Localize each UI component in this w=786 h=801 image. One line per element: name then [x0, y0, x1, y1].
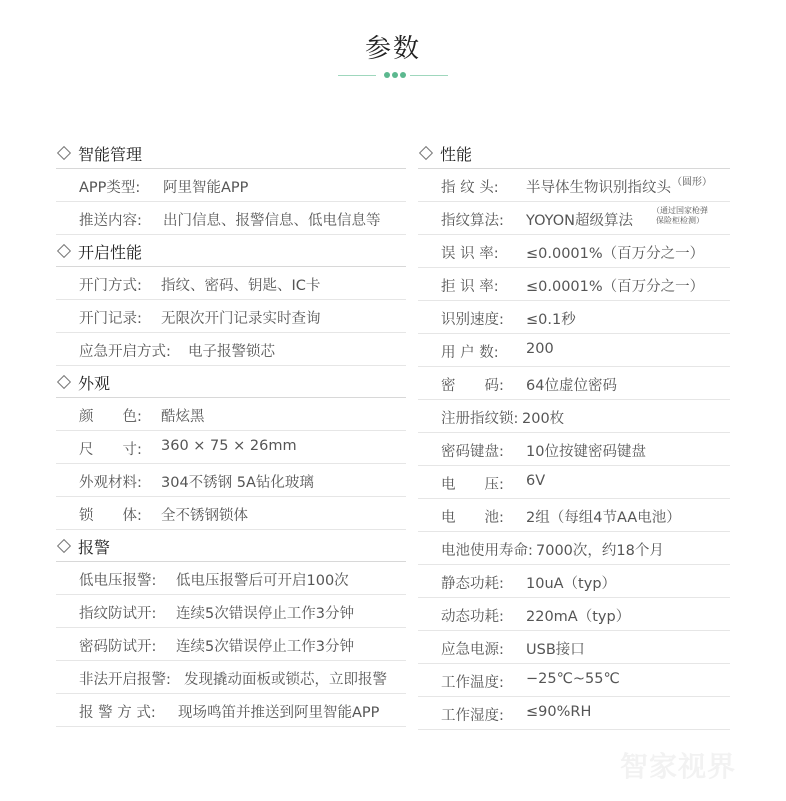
spec-key: 外观材料:	[79, 471, 142, 492]
spec-value: 连续5次错误停止工作3分钟	[176, 602, 354, 623]
spec-row: 报 警 方 式:现场鸣笛并推送到阿里智能APP	[56, 694, 406, 727]
section-title: 外观	[78, 371, 110, 394]
spec-value: 出门信息、报警信息、低电信息等	[163, 209, 381, 230]
spec-key: 应急电源:	[441, 638, 504, 659]
divider-line-right	[410, 75, 448, 76]
spec-value: 10位按键密码键盘	[526, 440, 646, 461]
spec-value: 全不锈钢锁体	[161, 504, 248, 525]
spec-row: 注册指纹锁:200枚	[418, 400, 730, 433]
spec-value: 304不锈钢 5A钻化玻璃	[161, 471, 314, 492]
spec-row: 工作温度:−25℃~55℃	[418, 664, 730, 697]
spec-row: 密码键盘:10位按键密码键盘	[418, 433, 730, 466]
spec-row: 推送内容:出门信息、报警信息、低电信息等	[56, 202, 406, 235]
spec-value: 64位虚位密码	[526, 374, 617, 395]
page-title: 参数	[0, 28, 786, 65]
spec-row: 应急开启方式:电子报警锁芯	[56, 333, 406, 366]
section-title: 开启性能	[78, 240, 142, 263]
spec-value: 低电压报警后可开启100次	[176, 569, 349, 590]
spec-row: 静态功耗:10uA（typ）	[418, 565, 730, 598]
spec-value: 360 × 75 × 26mm	[161, 438, 297, 454]
spec-row: 开门方式:指纹、密码、钥匙、IC卡	[56, 267, 406, 300]
section-header-smart-management: 智能管理	[56, 137, 406, 169]
spec-key: 静态功耗:	[441, 572, 504, 593]
spec-value: 现场鸣笛并推送到阿里智能APP	[178, 701, 379, 722]
left-column: 智能管理 APP类型:阿里智能APP 推送内容:出门信息、报警信息、低电信息等 …	[56, 137, 406, 727]
spec-row: APP类型:阿里智能APP	[56, 169, 406, 202]
spec-value: 酷炫黑	[161, 405, 205, 426]
spec-row: 指纹防试开:连续5次错误停止工作3分钟	[56, 595, 406, 628]
spec-key: 指纹防试开:	[79, 602, 156, 623]
spec-key: APP类型:	[79, 176, 140, 197]
spec-value: 连续5次错误停止工作3分钟	[176, 635, 354, 656]
spec-value: 200	[526, 341, 554, 357]
diamond-icon	[57, 244, 71, 258]
spec-key: 拒 识 率:	[441, 275, 499, 296]
spec-note: （圆形）	[672, 178, 712, 188]
spec-key: 识别速度:	[441, 308, 504, 329]
spec-row: 密 码:64位虚位密码	[418, 367, 730, 400]
section-header-opening: 开启性能	[56, 235, 406, 267]
spec-value: 指纹、密码、钥匙、IC卡	[161, 274, 320, 295]
spec-key: 指纹算法:	[441, 209, 504, 230]
spec-row: 尺 寸:360 × 75 × 26mm	[56, 431, 406, 464]
spec-value: −25℃~55℃	[526, 671, 620, 687]
spec-key: 开门方式:	[79, 274, 142, 295]
diamond-icon	[57, 146, 71, 160]
spec-key: 报 警 方 式:	[79, 701, 156, 722]
spec-key: 密码键盘:	[441, 440, 504, 461]
spec-value: 发现撬动面板或锁芯，立即报警	[184, 668, 387, 689]
diamond-icon	[57, 375, 71, 389]
spec-key: 指 纹 头:	[441, 176, 499, 197]
spec-key: 推送内容:	[79, 209, 142, 230]
spec-key: 密码防试开:	[79, 635, 156, 656]
spec-key: 颜 色:	[79, 405, 142, 426]
spec-row: 指纹算法: YOYON超级算法 （通过国家枪弹 保险柜检测）	[418, 202, 730, 235]
spec-row: 电 池:2组（每组4节AA电池）	[418, 499, 730, 532]
spec-row: 电池使用寿命:7000次，约18个月	[418, 532, 730, 565]
spec-key: 用 户 数:	[441, 341, 499, 362]
spec-note: （通过国家枪弹 保险柜检测）	[652, 206, 708, 226]
spec-key: 工作湿度:	[441, 704, 504, 725]
spec-value: 200枚	[522, 407, 564, 428]
spec-row: 应急电源:USB接口	[418, 631, 730, 664]
spec-row: 锁 体:全不锈钢锁体	[56, 497, 406, 530]
spec-row: 外观材料:304不锈钢 5A钻化玻璃	[56, 464, 406, 497]
spec-row: 密码防试开:连续5次错误停止工作3分钟	[56, 628, 406, 661]
diamond-icon	[419, 146, 433, 160]
spec-value: 220mA（typ）	[526, 605, 630, 626]
spec-value: 7000次，约18个月	[536, 539, 664, 560]
spec-row: 工作湿度:≤90%RH	[418, 697, 730, 730]
section-header-performance: 性能	[418, 137, 730, 169]
spec-key: 密 码:	[441, 374, 504, 395]
section-title: 性能	[440, 142, 472, 165]
spec-row: 用 户 数:200	[418, 334, 730, 367]
spec-key: 应急开启方式:	[79, 340, 171, 361]
spec-key: 电 池:	[441, 506, 504, 527]
spec-value: ≤0.0001%（百万分之一）	[526, 275, 704, 296]
spec-row: 动态功耗:220mA（typ）	[418, 598, 730, 631]
spec-value: ≤0.0001%（百万分之一）	[526, 242, 704, 263]
spec-key: 电池使用寿命:	[441, 539, 533, 560]
spec-row: 低电压报警:低电压报警后可开启100次	[56, 562, 406, 595]
spec-key: 电 压:	[441, 473, 504, 494]
spec-value: 半导体生物识别指纹头	[526, 176, 671, 197]
spec-value: 10uA（typ）	[526, 572, 616, 593]
spec-row: 颜 色:酷炫黑	[56, 398, 406, 431]
spec-key: 开门记录:	[79, 307, 142, 328]
divider-line-left	[338, 75, 376, 76]
spec-key: 非法开启报警:	[79, 668, 171, 689]
spec-value: ≤0.1秒	[526, 308, 576, 329]
dots-icon	[384, 72, 404, 78]
spec-row: 电 压:6V	[418, 466, 730, 499]
spec-value: 阿里智能APP	[163, 176, 248, 197]
spec-key: 误 识 率:	[441, 242, 499, 263]
spec-row: 误 识 率:≤0.0001%（百万分之一）	[418, 235, 730, 268]
spec-key: 尺 寸:	[79, 438, 142, 459]
spec-key: 低电压报警:	[79, 569, 156, 590]
spec-key: 注册指纹锁:	[441, 407, 518, 428]
spec-value: 6V	[526, 473, 545, 489]
spec-row: 非法开启报警:发现撬动面板或锁芯，立即报警	[56, 661, 406, 694]
spec-value: 无限次开门记录实时查询	[161, 307, 321, 328]
spec-key: 锁 体:	[79, 504, 142, 525]
spec-row: 开门记录:无限次开门记录实时查询	[56, 300, 406, 333]
spec-row: 识别速度:≤0.1秒	[418, 301, 730, 334]
section-header-alarm: 报警	[56, 530, 406, 562]
spec-value: 2组（每组4节AA电池）	[526, 506, 681, 527]
spec-value: USB接口	[526, 638, 585, 659]
spec-value: ≤90%RH	[526, 704, 591, 720]
spec-value: YOYON超级算法	[526, 209, 633, 230]
spec-row: 拒 识 率:≤0.0001%（百万分之一）	[418, 268, 730, 301]
spec-row: 指 纹 头: 半导体生物识别指纹头 （圆形）	[418, 169, 730, 202]
right-column: 性能 指 纹 头: 半导体生物识别指纹头 （圆形） 指纹算法: YOYON超级算…	[418, 137, 730, 730]
spec-key: 动态功耗:	[441, 605, 504, 626]
spec-value: 电子报警锁芯	[188, 340, 275, 361]
diamond-icon	[57, 539, 71, 553]
title-decoration	[338, 70, 448, 80]
section-title: 报警	[78, 535, 110, 558]
watermark: 智家视界	[620, 745, 736, 785]
section-header-appearance: 外观	[56, 366, 406, 398]
spec-key: 工作温度:	[441, 671, 504, 692]
section-title: 智能管理	[78, 142, 142, 165]
